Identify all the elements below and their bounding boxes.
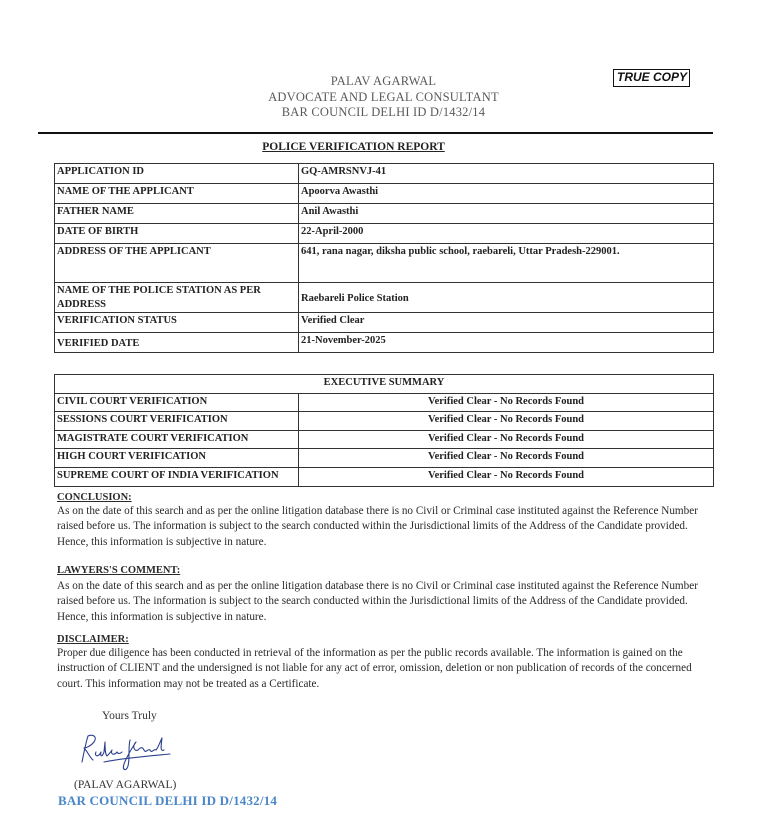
conclusion-text: As on the date of this search and as per… bbox=[57, 504, 707, 550]
true-copy-stamp: TRUE COPY bbox=[613, 69, 690, 87]
signatory-name: (PALAV AGARWAL) bbox=[74, 779, 176, 791]
court-result: Verified Clear - No Records Found bbox=[299, 412, 714, 431]
report-title: POLICE VERIFICATION REPORT bbox=[0, 141, 707, 153]
signature-image bbox=[74, 728, 174, 773]
table-row: MAGISTRATE COURT VERIFICATIONVerified Cl… bbox=[55, 430, 714, 449]
disclaimer-heading: DISCLAIMER: bbox=[57, 633, 707, 646]
detail-value: 22-April-2000 bbox=[299, 224, 714, 244]
lawyers-comment-heading: LAWYERS'S COMMENT: bbox=[57, 564, 707, 577]
detail-label: VERIFIED DATE bbox=[55, 333, 299, 353]
table-row: FATHER NAMEAnil Awasthi bbox=[55, 204, 714, 224]
table-row: NAME OF THE APPLICANTApoorva Awasthi bbox=[55, 184, 714, 204]
footer-bar-id: BAR COUNCIL DELHI ID D/1432/14 bbox=[58, 793, 277, 809]
table-row: VERIFICATION STATUSVerified Clear bbox=[55, 313, 714, 333]
table-row: EXECUTIVE SUMMARY bbox=[55, 375, 714, 394]
table-row: CIVIL COURT VERIFICATIONVerified Clear -… bbox=[55, 393, 714, 412]
table-row: SESSIONS COURT VERIFICATIONVerified Clea… bbox=[55, 412, 714, 431]
detail-label: NAME OF THE APPLICANT bbox=[55, 184, 299, 204]
table-row: ADDRESS OF THE APPLICANT641, rana nagar,… bbox=[55, 244, 714, 283]
detail-label: DATE OF BIRTH bbox=[55, 224, 299, 244]
advocate-designation: ADVOCATE AND LEGAL CONSULTANT bbox=[0, 90, 757, 106]
court-result: Verified Clear - No Records Found bbox=[299, 393, 714, 412]
detail-value: 641, rana nagar, diksha public school, r… bbox=[299, 244, 714, 283]
detail-value: 21-November-2025 bbox=[299, 333, 714, 353]
table-row: VERIFIED DATE21-November-2025 bbox=[55, 333, 714, 353]
detail-label: APPLICATION ID bbox=[55, 164, 299, 184]
detail-value: Apoorva Awasthi bbox=[299, 184, 714, 204]
court-result: Verified Clear - No Records Found bbox=[299, 467, 714, 486]
lawyers-comment-section: LAWYERS'S COMMENT: As on the date of thi… bbox=[57, 564, 707, 625]
court-label: CIVIL COURT VERIFICATION bbox=[55, 393, 299, 412]
court-label: MAGISTRATE COURT VERIFICATION bbox=[55, 430, 299, 449]
detail-value: GQ-AMRSNVJ-41 bbox=[299, 164, 714, 184]
executive-summary-table: EXECUTIVE SUMMARY CIVIL COURT VERIFICATI… bbox=[54, 374, 714, 487]
disclaimer-text: Proper due diligence has been conducted … bbox=[57, 646, 707, 692]
detail-label: FATHER NAME bbox=[55, 204, 299, 224]
court-result: Verified Clear - No Records Found bbox=[299, 430, 714, 449]
conclusion-section: CONCLUSION: As on the date of this searc… bbox=[57, 491, 707, 550]
lawyers-comment-text: As on the date of this search and as per… bbox=[57, 579, 707, 625]
detail-label: ADDRESS OF THE APPLICANT bbox=[55, 244, 299, 283]
closing-text: Yours Truly bbox=[102, 710, 157, 722]
court-result: Verified Clear - No Records Found bbox=[299, 449, 714, 468]
detail-value: Verified Clear bbox=[299, 313, 714, 333]
summary-title: EXECUTIVE SUMMARY bbox=[55, 375, 714, 394]
conclusion-heading: CONCLUSION: bbox=[57, 491, 707, 504]
detail-value: Anil Awasthi bbox=[299, 204, 714, 224]
table-row: NAME OF THE POLICE STATION AS PER ADDRES… bbox=[55, 283, 714, 313]
court-label: SESSIONS COURT VERIFICATION bbox=[55, 412, 299, 431]
table-row: SUPREME COURT OF INDIA VERIFICATIONVerif… bbox=[55, 467, 714, 486]
header-divider bbox=[38, 132, 713, 134]
court-label: SUPREME COURT OF INDIA VERIFICATION bbox=[55, 467, 299, 486]
detail-value: Raebareli Police Station bbox=[299, 283, 714, 313]
detail-label: VERIFICATION STATUS bbox=[55, 313, 299, 333]
applicant-details-table: APPLICATION IDGQ-AMRSNVJ-41 NAME OF THE … bbox=[54, 163, 714, 353]
table-row: APPLICATION IDGQ-AMRSNVJ-41 bbox=[55, 164, 714, 184]
advocate-bar-id: BAR COUNCIL DELHI ID D/1432/14 bbox=[0, 105, 757, 121]
detail-label: NAME OF THE POLICE STATION AS PER ADDRES… bbox=[55, 283, 299, 313]
table-row: HIGH COURT VERIFICATIONVerified Clear - … bbox=[55, 449, 714, 468]
table-row: DATE OF BIRTH22-April-2000 bbox=[55, 224, 714, 244]
disclaimer-section: DISCLAIMER: Proper due diligence has bee… bbox=[57, 633, 707, 692]
court-label: HIGH COURT VERIFICATION bbox=[55, 449, 299, 468]
